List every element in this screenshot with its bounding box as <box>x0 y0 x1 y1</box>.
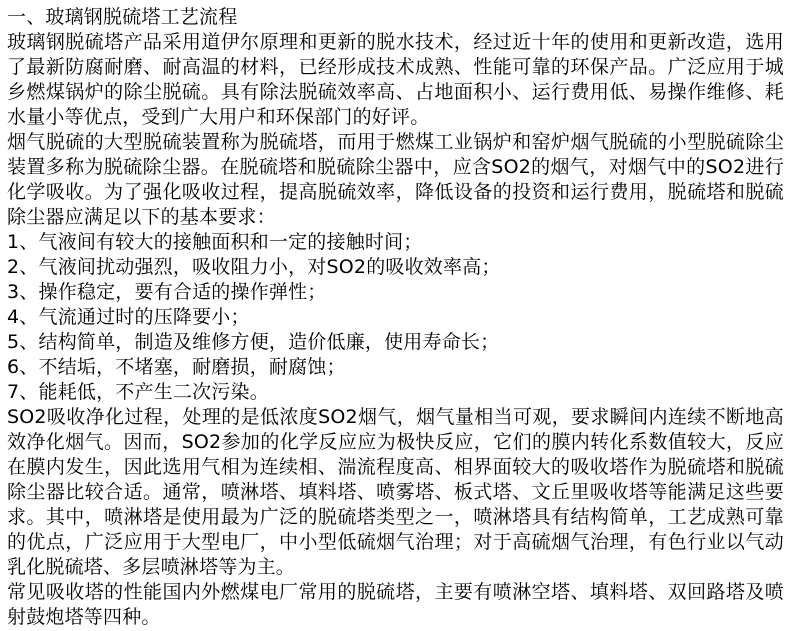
paragraph-common-towers: 常见吸收塔的性能国内外燃煤电厂常用的脱硫塔，主要有喷淋空塔、填料塔、双回路塔及喷… <box>7 580 784 630</box>
requirement-item-6: 6、不结垢，不堵塞，耐磨损，耐腐蚀； <box>7 355 784 380</box>
requirement-item-7: 7、能耗低，不产生二次污染。 <box>7 380 784 405</box>
document-title: 一、玻璃钢脱硫塔工艺流程 <box>7 5 784 30</box>
requirement-item-3: 3、操作稳定，要有合适的操作弹性； <box>7 280 784 305</box>
requirement-item-4: 4、气流通过时的压降要小； <box>7 305 784 330</box>
requirement-item-1: 1、气液间有较大的接触面积和一定的接触时间； <box>7 230 784 255</box>
paragraph-desulfurization-devices: 烟气脱硫的大型脱硫装置称为脱硫塔，而用于燃煤工业锅炉和窑炉烟气脱硫的小型脱硫除尘… <box>7 130 784 230</box>
paragraph-so2-absorption: SO2吸收净化过程，处理的是低浓度SO2烟气，烟气量相当可观，要求瞬间内连续不断… <box>7 405 784 580</box>
paragraph-product-intro: 玻璃钢脱硫塔产品采用道伊尔原理和更新的脱水技术，经过近十年的使用和更新改造，选用… <box>7 30 784 130</box>
requirement-item-5: 5、结构简单，制造及维修方便，造价低廉，使用寿命长； <box>7 330 784 355</box>
requirement-item-2: 2、气液间扰动强烈，吸收阻力小，对SO2的吸收效率高； <box>7 255 784 280</box>
document-page: 一、玻璃钢脱硫塔工艺流程 玻璃钢脱硫塔产品采用道伊尔原理和更新的脱水技术，经过近… <box>0 0 790 631</box>
